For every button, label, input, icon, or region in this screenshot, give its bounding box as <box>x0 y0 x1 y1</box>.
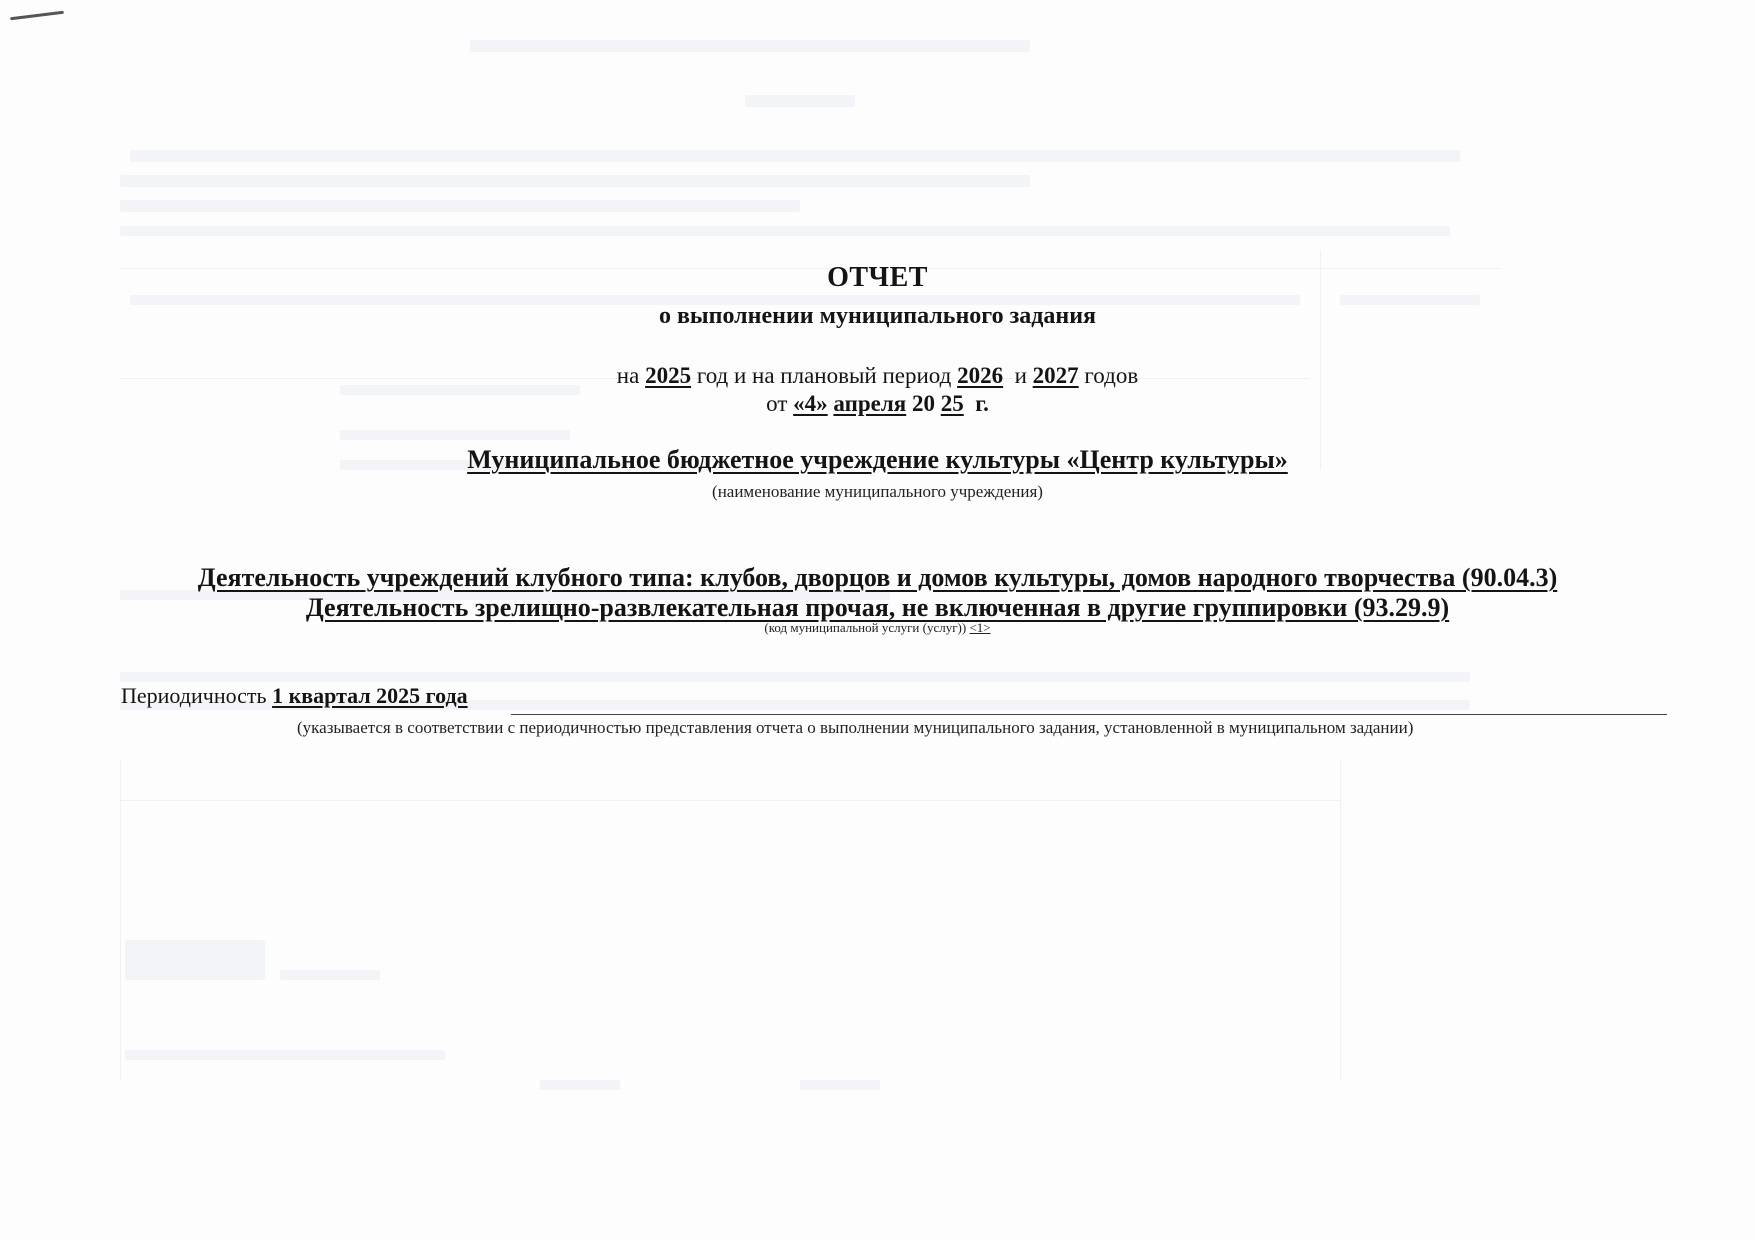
periodicity-underline-rule <box>511 714 1667 715</box>
reporting-period-line: на 2025 год и на плановый период 2026 и … <box>0 363 1755 389</box>
service-code-line-2: Деятельность зрелищно-развлекательная пр… <box>0 593 1755 623</box>
period-middle-text: год и на плановый период <box>697 363 952 388</box>
periodicity-label: Периодичность <box>121 683 267 708</box>
period-conjunction: и <box>1015 363 1027 388</box>
organization-caption: (наименование муниципального учреждения) <box>0 482 1755 502</box>
periodicity-value: 1 квартал 2025 года <box>272 683 468 708</box>
date-suffix: г. <box>975 391 989 416</box>
footnote-reference-link[interactable]: <1> <box>969 620 990 635</box>
scan-corner-mark <box>10 11 64 21</box>
period-year: 2025 <box>645 363 691 388</box>
report-title: ОТЧЕТ <box>0 262 1755 294</box>
service-code-caption: (код муниципальной услуги (услуг)) <1> <box>0 620 1755 636</box>
period-suffix: годов <box>1084 363 1138 388</box>
period-prefix: на <box>617 363 640 388</box>
date-year-short: 25 <box>941 391 964 416</box>
date-century: 20 <box>912 391 935 416</box>
report-date-line: от «4» апреля 20 25 г. <box>0 391 1755 417</box>
date-day: «4» <box>793 391 828 416</box>
plan-year-1: 2026 <box>957 363 1003 388</box>
date-prefix: от <box>766 391 787 416</box>
service-code-line-1: Деятельность учреждений клубного типа: к… <box>0 563 1755 593</box>
periodicity-line: Периодичность 1 квартал 2025 года <box>121 683 468 709</box>
periodicity-caption: (указывается в соответствии с периодично… <box>297 718 1413 738</box>
date-month: апреля <box>833 391 906 416</box>
report-subtitle: о выполнении муниципального задания <box>0 303 1755 330</box>
organization-name: Муниципальное бюджетное учреждение культ… <box>0 445 1755 475</box>
plan-year-2: 2027 <box>1033 363 1079 388</box>
service-code-caption-text: (код муниципальной услуги (услуг)) <box>764 620 966 635</box>
